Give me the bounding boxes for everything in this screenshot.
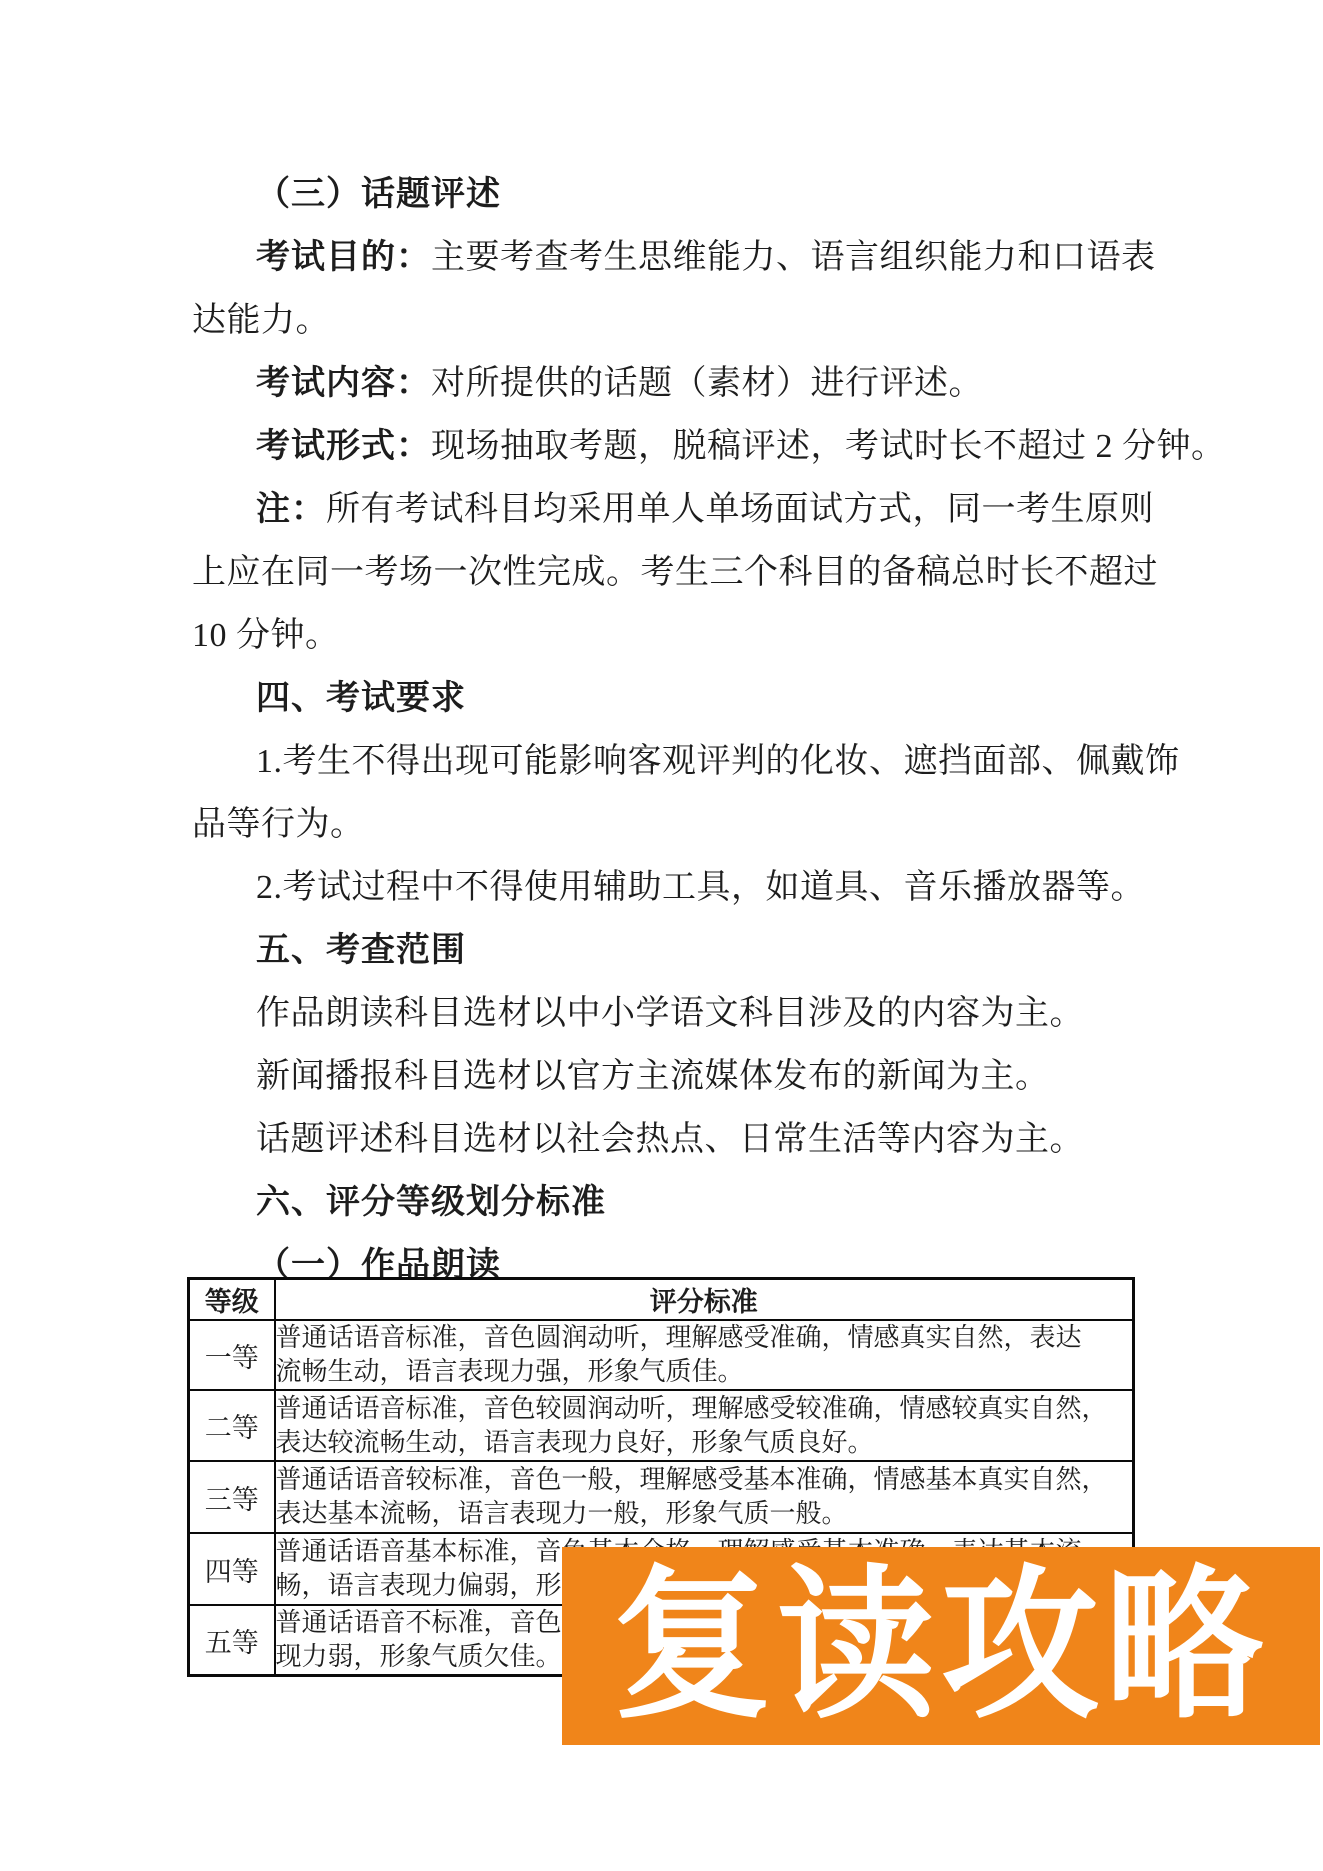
body-text: （三）话题评述考试目的：主要考查考生思维能力、语言组织能力和口语表达能力。考试内… xyxy=(192,163,1177,1297)
line-text: 所有考试科目均采用单人单场面试方式，同一考生原则 xyxy=(326,491,1154,528)
table-row: 三等普通话语音较标准，音色一般，理解感受基本准确，情感基本真实自然，表达基本流畅… xyxy=(189,1461,1134,1533)
document-page: （三）话题评述考试目的：主要考查考生思维能力、语言组织能力和口语表达能力。考试内… xyxy=(0,0,1323,1871)
watermark-banner: 复读攻略 xyxy=(562,1547,1320,1745)
line-text: 对所提供的话题（素材）进行评述。 xyxy=(431,365,983,402)
text-line: 10 分钟。 xyxy=(192,604,1177,667)
text-line: 品等行为。 xyxy=(192,793,1177,856)
table-header-row: 等级 评分标准 xyxy=(189,1279,1134,1321)
criteria-line1: 普通话语音标准，音色圆润动听，理解感受准确，情感真实自然，表达 xyxy=(276,1321,1133,1355)
grade-cell: 二等 xyxy=(189,1390,275,1461)
bold-label: （三）话题评述 xyxy=(256,175,501,213)
line-text: 达能力。 xyxy=(192,302,330,339)
table-header-criteria: 评分标准 xyxy=(275,1279,1134,1321)
criteria-cell: 普通话语音标准，音色圆润动听，理解感受准确，情感真实自然，表达流畅生动，语言表现… xyxy=(275,1320,1134,1390)
text-line: 上应在同一考场一次性完成。考生三个科目的备稿总时长不超过 xyxy=(192,541,1177,604)
text-line: 考试内容：对所提供的话题（素材）进行评述。 xyxy=(192,352,1177,415)
criteria-line1: 普通话语音较标准，音色一般，理解感受基本准确，情感基本真实自然， xyxy=(276,1463,1133,1497)
table-row: 一等普通话语音标准，音色圆润动听，理解感受准确，情感真实自然，表达流畅生动，语言… xyxy=(189,1320,1134,1390)
criteria-line2: 表达基本流畅，语言表现力一般，形象气质一般。 xyxy=(276,1497,1133,1531)
table-header-grade: 等级 xyxy=(189,1279,275,1321)
line-text: 作品朗读科目选材以中小学语文科目涉及的内容为主。 xyxy=(256,995,1084,1032)
bold-label: 注： xyxy=(256,490,326,528)
line-text: 2.考试过程中不得使用辅助工具，如道具、音乐播放器等。 xyxy=(256,869,1145,906)
line-text: 现场抽取考题，脱稿评述，考试时长不超过 2 分钟。 xyxy=(431,428,1226,465)
line-text: 品等行为。 xyxy=(192,806,365,843)
bold-label: 四、考试要求 xyxy=(256,679,466,717)
criteria-line2: 流畅生动，语言表现力强，形象气质佳。 xyxy=(276,1355,1133,1389)
criteria-line2: 表达较流畅生动，语言表现力良好，形象气质良好。 xyxy=(276,1426,1133,1460)
line-text: 话题评述科目选材以社会热点、日常生活等内容为主。 xyxy=(256,1121,1084,1158)
text-line: （三）话题评述 xyxy=(192,163,1177,226)
text-line: 2.考试过程中不得使用辅助工具，如道具、音乐播放器等。 xyxy=(192,856,1177,919)
text-line: 话题评述科目选材以社会热点、日常生活等内容为主。 xyxy=(192,1108,1177,1171)
line-text: 1.考生不得出现可能影响客观评判的化妆、遮挡面部、佩戴饰 xyxy=(256,743,1180,780)
grade-cell: 五等 xyxy=(189,1605,275,1676)
text-line: 注：所有考试科目均采用单人单场面试方式，同一考生原则 xyxy=(192,478,1177,541)
banner-text: 复读攻略 xyxy=(613,1564,1269,1728)
grade-cell: 三等 xyxy=(189,1461,275,1533)
text-line: 考试形式：现场抽取考题，脱稿评述，考试时长不超过 2 分钟。 xyxy=(192,415,1177,478)
line-text: 上应在同一考场一次性完成。考生三个科目的备稿总时长不超过 xyxy=(192,554,1158,591)
bold-label: 考试目的： xyxy=(256,238,431,276)
text-line: 新闻播报科目选材以官方主流媒体发布的新闻为主。 xyxy=(192,1045,1177,1108)
grade-cell: 四等 xyxy=(189,1533,275,1605)
text-line: 1.考生不得出现可能影响客观评判的化妆、遮挡面部、佩戴饰 xyxy=(192,730,1177,793)
text-line: 六、评分等级划分标准 xyxy=(192,1171,1177,1234)
grade-cell: 一等 xyxy=(189,1320,275,1390)
text-line: 四、考试要求 xyxy=(192,667,1177,730)
table-row: 二等普通话语音标准，音色较圆润动听，理解感受较准确，情感较真实自然，表达较流畅生… xyxy=(189,1390,1134,1461)
criteria-cell: 普通话语音标准，音色较圆润动听，理解感受较准确，情感较真实自然，表达较流畅生动，… xyxy=(275,1390,1134,1461)
bold-label: 考试内容： xyxy=(256,364,431,402)
line-text: 主要考查考生思维能力、语言组织能力和口语表 xyxy=(431,239,1156,276)
bold-label: 六、评分等级划分标准 xyxy=(256,1183,606,1221)
text-line: 考试目的：主要考查考生思维能力、语言组织能力和口语表 xyxy=(192,226,1177,289)
text-line: 作品朗读科目选材以中小学语文科目涉及的内容为主。 xyxy=(192,982,1177,1045)
bold-label: 考试形式： xyxy=(256,427,431,465)
text-line: 达能力。 xyxy=(192,289,1177,352)
criteria-cell: 普通话语音较标准，音色一般，理解感受基本准确，情感基本真实自然，表达基本流畅，语… xyxy=(275,1461,1134,1533)
text-line: 五、考查范围 xyxy=(192,919,1177,982)
line-text: 10 分钟。 xyxy=(192,617,340,654)
line-text: 新闻播报科目选材以官方主流媒体发布的新闻为主。 xyxy=(256,1058,1050,1095)
bold-label: 五、考查范围 xyxy=(256,931,466,969)
criteria-line1: 普通话语音标准，音色较圆润动听，理解感受较准确，情感较真实自然， xyxy=(276,1392,1133,1426)
